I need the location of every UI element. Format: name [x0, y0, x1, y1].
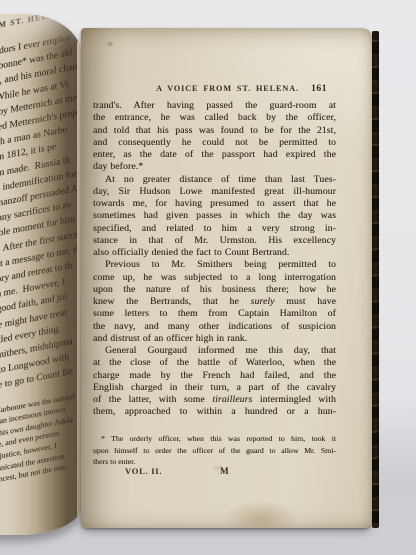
left-page-body-fragments: sadors I ever employarbonne* was the abl… — [0, 23, 81, 395]
paragraph-4: General Gourgaud informed me this day, t… — [93, 345, 336, 419]
page-number: 161 — [311, 83, 327, 94]
paragraph-1: trand's. After having passed the guard-r… — [93, 100, 336, 174]
right-page: A VOICE FROM ST. HELENA. 161 trand's. Af… — [81, 28, 372, 528]
book-photograph: OM ST. HELENA. sadors I ever employarbon… — [0, 0, 416, 555]
paragraph-3: Previous to Mr. Smithers being permitted… — [93, 259, 336, 345]
paragraph-2: At no greater distance of time than last… — [93, 174, 336, 260]
page-footer: VOL. II. M — [93, 466, 336, 478]
body-text: trand's. After having passed the guard-r… — [93, 100, 336, 419]
volume-label: VOL. II. — [125, 466, 162, 476]
page-header: A VOICE FROM ST. HELENA. 161 — [93, 84, 336, 98]
book-cover-edge — [372, 31, 379, 528]
left-running-title: OM ST. HELENA. — [0, 14, 81, 31]
left-page: OM ST. HELENA. sadors I ever employarbon… — [0, 14, 81, 535]
signature-mark: M — [220, 466, 229, 476]
footnote: * The orderly officer, when this was rep… — [93, 433, 336, 468]
left-page-text: OM ST. HELENA. sadors I ever employarbon… — [0, 14, 81, 487]
left-page-footnote-fragments: t Narbonne was the naturalof an incestuo… — [0, 383, 81, 486]
